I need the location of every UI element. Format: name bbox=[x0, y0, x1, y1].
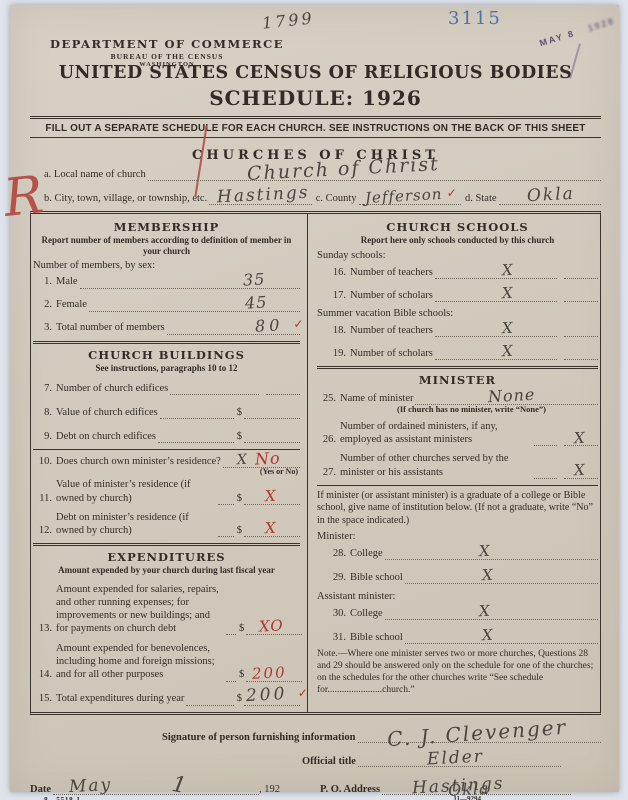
q29-number: 29. bbox=[327, 571, 346, 584]
church-schools-title: CHURCH SCHOOLS bbox=[317, 220, 598, 234]
q31-label: Bible school bbox=[350, 631, 403, 644]
q10-line: X No (Yes or No) bbox=[223, 454, 300, 468]
field-sunday-teachers: 16. Number of teachers X bbox=[327, 265, 598, 279]
right-column: CHURCH SCHOOLS Report here only schools … bbox=[308, 214, 600, 712]
q25-number: 25. bbox=[317, 392, 336, 405]
signature-line: C. J. Clevenger bbox=[358, 729, 602, 743]
q18-answer-line bbox=[564, 323, 598, 337]
q18-label: Number of teachers bbox=[350, 324, 433, 337]
q9-answer-line bbox=[244, 429, 300, 443]
q19-line: X bbox=[435, 346, 557, 360]
q15-line bbox=[186, 692, 233, 706]
q12-line bbox=[218, 523, 234, 537]
date-group: Date May 1 , 192 8—5518-1 bbox=[30, 781, 280, 795]
field-residence-value: 11. Value of minister’s residence (if ow… bbox=[33, 478, 300, 504]
state-value: Okla bbox=[527, 184, 576, 208]
q25-note: (If church has no minister, write “None”… bbox=[345, 405, 598, 414]
q15-dollar-sign: $ bbox=[237, 692, 242, 705]
q13-dollar-sign: $ bbox=[239, 622, 244, 635]
q8-answer-line bbox=[244, 405, 300, 419]
q3-label: Total number of members bbox=[56, 321, 165, 334]
q11-label: Value of minister’s residence (if owned … bbox=[56, 478, 216, 504]
q1-number: 1. bbox=[33, 275, 52, 288]
q7-label: Number of church edifices bbox=[56, 382, 168, 395]
q8-dollar-sign: $ bbox=[237, 406, 242, 419]
field-total-members: 3. Total number of members 80 ✓ bbox=[33, 321, 300, 335]
membership-title: MEMBERSHIP bbox=[33, 220, 300, 234]
expenditures-title: EXPENDITURES bbox=[33, 550, 300, 564]
date-day-value: 1 bbox=[170, 771, 189, 798]
q26-line bbox=[534, 432, 557, 446]
local-name-line: Church of Christ bbox=[148, 167, 601, 181]
field-edifices-value: 8. Value of church edifices $ bbox=[33, 405, 300, 419]
q9-line bbox=[158, 429, 234, 443]
q10-number: 10. bbox=[33, 455, 52, 468]
q3-line: 80 ✓ bbox=[167, 321, 300, 335]
q16-line: X bbox=[435, 265, 557, 279]
field-minister-college: 28. College X bbox=[327, 546, 598, 560]
county-checkmark: ✓ bbox=[447, 186, 457, 201]
q15-number: 15. bbox=[33, 692, 52, 705]
q16-answer-line bbox=[564, 265, 598, 279]
field-local-name: a. Local name of church Church of Christ bbox=[30, 167, 601, 181]
instruction-banner: FILL OUT A SEPARATE SCHEDULE FOR EACH CH… bbox=[30, 116, 601, 138]
sunday-schools-label: Sunday schools: bbox=[317, 250, 598, 261]
q28-line: X bbox=[385, 546, 598, 560]
q2-line: 45 bbox=[89, 298, 300, 312]
q11-number: 11. bbox=[33, 492, 52, 505]
q26-label: Number of ordained ministers, if any, em… bbox=[340, 420, 532, 446]
date-label: Date bbox=[30, 784, 51, 795]
field-male: 1. Male 35 bbox=[33, 275, 300, 289]
date-line: May 1 bbox=[53, 781, 259, 795]
field-edifices-debt: 9. Debt on church edifices $ bbox=[33, 429, 300, 443]
q17-line: X bbox=[435, 288, 557, 302]
q16-value: X bbox=[502, 261, 515, 280]
q28-number: 28. bbox=[327, 547, 346, 560]
agency-city: WASHINGTON bbox=[50, 61, 284, 68]
q14-dollar-sign: $ bbox=[239, 668, 244, 681]
agency-department: DEPARTMENT OF COMMERCE bbox=[50, 37, 284, 51]
one-minister-note: Note.—Where one minister serves two or m… bbox=[317, 649, 598, 697]
q27-label: Number of other churches served by the m… bbox=[340, 452, 532, 478]
signature-value: C. J. Clevenger bbox=[386, 714, 567, 751]
q17-value: X bbox=[502, 284, 515, 303]
q30-label: College bbox=[350, 607, 383, 620]
q26-answer-line: X bbox=[564, 432, 598, 446]
minister-group-label: Minister: bbox=[317, 531, 598, 542]
q30-line: X bbox=[385, 606, 598, 620]
q1-label: Male bbox=[56, 275, 78, 288]
census-form-page: 1799 3115 MAY 81928 R DEPARTMENT OF COMM… bbox=[10, 5, 619, 792]
divider bbox=[317, 366, 598, 369]
q13-number: 13. bbox=[33, 622, 52, 635]
q7-line bbox=[170, 381, 259, 395]
field-running-expenses: 13. Amount expended for salaries, repair… bbox=[33, 583, 300, 636]
q18-value: X bbox=[502, 319, 515, 338]
field-summer-scholars: 19. Number of scholars X bbox=[327, 346, 598, 360]
q19-answer-line bbox=[564, 346, 598, 360]
q26-value: X bbox=[574, 428, 587, 447]
blue-ink-document-number: 3115 bbox=[448, 8, 502, 29]
agency-bureau: BUREAU OF THE CENSUS bbox=[50, 52, 284, 61]
field-edifices-count: 7. Number of church edifices bbox=[33, 381, 300, 395]
field-minister-bible-school: 29. Bible school X bbox=[327, 570, 598, 584]
q18-number: 18. bbox=[327, 324, 346, 337]
county-value: Jefferson bbox=[364, 185, 442, 208]
received-date-stamp: MAY 81928 bbox=[538, 16, 616, 49]
signature-row: Signature of person furnishing informati… bbox=[162, 729, 601, 743]
church-buildings-title: CHURCH BUILDINGS bbox=[33, 348, 300, 362]
agency-block: DEPARTMENT OF COMMERCE BUREAU OF THE CEN… bbox=[50, 37, 284, 68]
q13-line bbox=[226, 621, 236, 635]
field-summer-teachers: 18. Number of teachers X bbox=[327, 323, 598, 337]
official-title-line: Elder bbox=[358, 753, 561, 767]
q25-value: None bbox=[488, 385, 536, 407]
date-stamp-month-day: MAY 8 bbox=[538, 28, 576, 48]
q10-label: Does church own minister’s residence? bbox=[56, 455, 221, 468]
q7-answer-line bbox=[266, 381, 300, 395]
q12-value: X bbox=[265, 519, 278, 538]
po-address-group: P. O. Address Hastings Okla 11—9294 bbox=[320, 781, 601, 795]
q16-label: Number of teachers bbox=[350, 266, 433, 279]
print-code: 11—9294 bbox=[453, 795, 481, 800]
q9-dollar-sign: $ bbox=[237, 430, 242, 443]
field-city-county-state: b. City, town, village, or township, etc… bbox=[30, 191, 601, 205]
q10-yes-or-no-note: (Yes or No) bbox=[260, 467, 298, 477]
q17-answer-line bbox=[564, 288, 598, 302]
q14-answer-line: 200 bbox=[246, 668, 302, 682]
official-title-row: Official title Elder bbox=[302, 753, 561, 767]
date-year-prefix: , 192 bbox=[259, 784, 280, 795]
q15-answer-line: 200 ✓ bbox=[244, 692, 300, 706]
q3-value: 80 bbox=[254, 315, 283, 336]
q12-dollar-sign: $ bbox=[237, 524, 242, 537]
field-total-expenditures: 15. Total expenditures during year $ 200… bbox=[33, 692, 300, 706]
date-month-value: May bbox=[69, 774, 113, 796]
date-and-address-row: Date May 1 , 192 8—5518-1 P. O. Address … bbox=[30, 781, 601, 795]
q7-number: 7. bbox=[33, 382, 52, 395]
field-other-churches-served: 27. Number of other churches served by t… bbox=[317, 452, 598, 478]
left-column: MEMBERSHIP Report number of members acco… bbox=[31, 214, 308, 712]
q8-line bbox=[160, 405, 234, 419]
assistant-minister-group-label: Assistant minister: bbox=[317, 591, 598, 602]
q11-answer-line: X bbox=[244, 491, 300, 505]
q28-value: X bbox=[478, 542, 491, 561]
q14-number: 14. bbox=[33, 668, 52, 681]
q12-answer-line: X bbox=[244, 523, 300, 537]
official-title-value: Elder bbox=[426, 746, 484, 769]
city-value: Hastings bbox=[217, 182, 311, 208]
q17-label: Number of scholars bbox=[350, 289, 433, 302]
q17-number: 17. bbox=[327, 289, 346, 302]
divider bbox=[317, 485, 598, 486]
q12-number: 12. bbox=[33, 524, 52, 537]
q14-line bbox=[226, 668, 236, 682]
q29-label: Bible school bbox=[350, 571, 403, 584]
form-number: 8—5518-1 bbox=[44, 795, 81, 800]
q13-answer-line: XO bbox=[246, 621, 302, 635]
q29-line: X bbox=[405, 570, 598, 584]
q1-value: 35 bbox=[242, 269, 265, 290]
q14-label: Amount expended for benevolences, includ… bbox=[56, 642, 224, 681]
po-address-label: P. O. Address bbox=[320, 784, 380, 795]
q15-label: Total expenditures during year bbox=[56, 692, 184, 705]
local-name-label: a. Local name of church bbox=[44, 168, 146, 181]
q31-line: X bbox=[405, 630, 598, 644]
form-schedule-year: SCHEDULE: 1926 bbox=[30, 86, 601, 110]
q10-x-mark: X bbox=[236, 452, 248, 470]
official-title-label: Official title bbox=[302, 756, 356, 767]
q9-number: 9. bbox=[33, 430, 52, 443]
county-line: Jefferson ✓ bbox=[359, 191, 461, 205]
q30-value: X bbox=[478, 602, 491, 621]
membership-subtitle: Report number of members according to de… bbox=[42, 235, 292, 257]
q30-number: 30. bbox=[327, 607, 346, 620]
minister-title: MINISTER bbox=[317, 373, 598, 387]
field-residence-debt: 12. Debt on minister’s residence (if own… bbox=[33, 511, 300, 537]
q2-value: 45 bbox=[245, 292, 268, 313]
q15-checkmark: ✓ bbox=[298, 686, 308, 701]
q2-number: 2. bbox=[33, 298, 52, 311]
q12-label: Debt on minister’s residence (if owned b… bbox=[56, 511, 216, 537]
q14-value: 200 bbox=[251, 663, 287, 684]
divider bbox=[33, 543, 300, 546]
church-buildings-subtitle: See instructions, paragraphs 10 to 12 bbox=[33, 363, 300, 374]
q11-value: X bbox=[265, 487, 278, 506]
q11-line bbox=[218, 491, 234, 505]
q28-label: College bbox=[350, 547, 383, 560]
form-body-columns: MEMBERSHIP Report number of members acco… bbox=[30, 211, 601, 715]
date-stamp-year: 1928 bbox=[587, 16, 617, 34]
po-address-line: Hastings Okla bbox=[382, 781, 571, 795]
q25-label: Name of minister bbox=[340, 392, 413, 405]
field-ordained-assistants: 26. Number of ordained ministers, if any… bbox=[317, 420, 598, 446]
q29-value: X bbox=[482, 566, 495, 585]
q3-checkmark: ✓ bbox=[293, 317, 303, 332]
graduate-instructions: If minister (or assistant minister) is a… bbox=[317, 490, 598, 528]
q31-value: X bbox=[482, 626, 495, 645]
q19-label: Number of scholars bbox=[350, 347, 433, 360]
field-own-residence: 10. Does church own minister’s residence… bbox=[33, 454, 300, 468]
q3-number: 3. bbox=[33, 321, 52, 334]
field-minister-name: 25. Name of minister None bbox=[317, 391, 598, 405]
q25-line: None bbox=[415, 391, 598, 405]
q15-value: 200 bbox=[246, 684, 289, 707]
q26-number: 26. bbox=[317, 433, 336, 446]
q27-value: X bbox=[574, 461, 587, 480]
field-assistant-bible-school: 31. Bible school X bbox=[327, 630, 598, 644]
field-sunday-scholars: 17. Number of scholars X bbox=[327, 288, 598, 302]
q9-label: Debt on church edifices bbox=[56, 430, 156, 443]
divider bbox=[33, 341, 300, 344]
expenditures-subtitle: Amount expended by your church during la… bbox=[33, 565, 300, 576]
state-label: d. State bbox=[465, 192, 497, 205]
red-margin-letter-mark: R bbox=[1, 165, 46, 229]
q16-number: 16. bbox=[327, 266, 346, 279]
q8-label: Value of church edifices bbox=[56, 406, 158, 419]
q19-number: 19. bbox=[327, 347, 346, 360]
q27-answer-line: X bbox=[564, 465, 598, 479]
state-line: Okla bbox=[499, 191, 601, 205]
q11-dollar-sign: $ bbox=[237, 492, 242, 505]
county-label: c. County bbox=[316, 192, 357, 205]
q27-line bbox=[534, 465, 557, 479]
field-benevolences: 14. Amount expended for benevolences, in… bbox=[33, 642, 300, 681]
field-assistant-college: 30. College X bbox=[327, 606, 598, 620]
q1-line: 35 bbox=[80, 275, 300, 289]
church-schools-subtitle: Report here only schools conducted by th… bbox=[317, 235, 598, 246]
q31-number: 31. bbox=[327, 631, 346, 644]
q27-number: 27. bbox=[317, 466, 336, 479]
q13-label: Amount expended for salaries, repairs, a… bbox=[56, 583, 224, 636]
penciled-document-number: 1799 bbox=[261, 8, 315, 32]
city-line: Hastings bbox=[209, 191, 311, 205]
signature-label: Signature of person furnishing informati… bbox=[162, 732, 356, 743]
q2-label: Female bbox=[56, 298, 87, 311]
field-female: 2. Female 45 bbox=[33, 298, 300, 312]
q13-value: XO bbox=[258, 617, 284, 637]
q19-value: X bbox=[502, 342, 515, 361]
summer-bible-schools-label: Summer vacation Bible schools: bbox=[317, 308, 598, 319]
q18-line: X bbox=[435, 323, 557, 337]
q8-number: 8. bbox=[33, 406, 52, 419]
city-label: b. City, town, village, or township, etc… bbox=[44, 192, 207, 205]
